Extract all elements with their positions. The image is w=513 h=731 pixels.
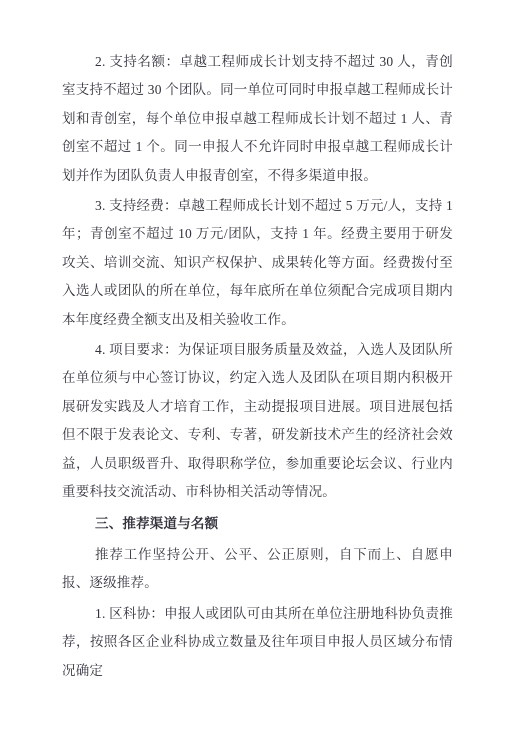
para-recommendation-principles: 推荐工作坚持公开、公平、公正原则，自下而上、自愿申报、逐级推荐。 — [62, 541, 453, 598]
para-support-quota: 2. 支持名额：卓越工程师成长计划支持不超过 30 人，青创室支持不超过 30 … — [62, 48, 453, 190]
section-heading-recommendation-channels: 三、推荐渠道与名额 — [62, 510, 453, 538]
document-text-block: 2. 支持名额：卓越工程师成长计划支持不超过 30 人，青创室支持不超过 30 … — [62, 48, 453, 687]
para-district-science-association: 1. 区科协：申报人或团队可由其所在单位注册地科协负责推荐，按照各区企业科协成立… — [62, 600, 453, 685]
para-project-requirements: 4. 项目要求：为保证项目服务质量及效益，入选人及团队所在单位须与中心签订协议，… — [62, 336, 453, 506]
para-support-funding: 3. 支持经费：卓越工程师成长计划不超过 5 万元/人，支持 1 年；青创室不超… — [62, 192, 453, 334]
document-page: 2. 支持名额：卓越工程师成长计划支持不超过 30 人，青创室支持不超过 30 … — [0, 0, 513, 731]
